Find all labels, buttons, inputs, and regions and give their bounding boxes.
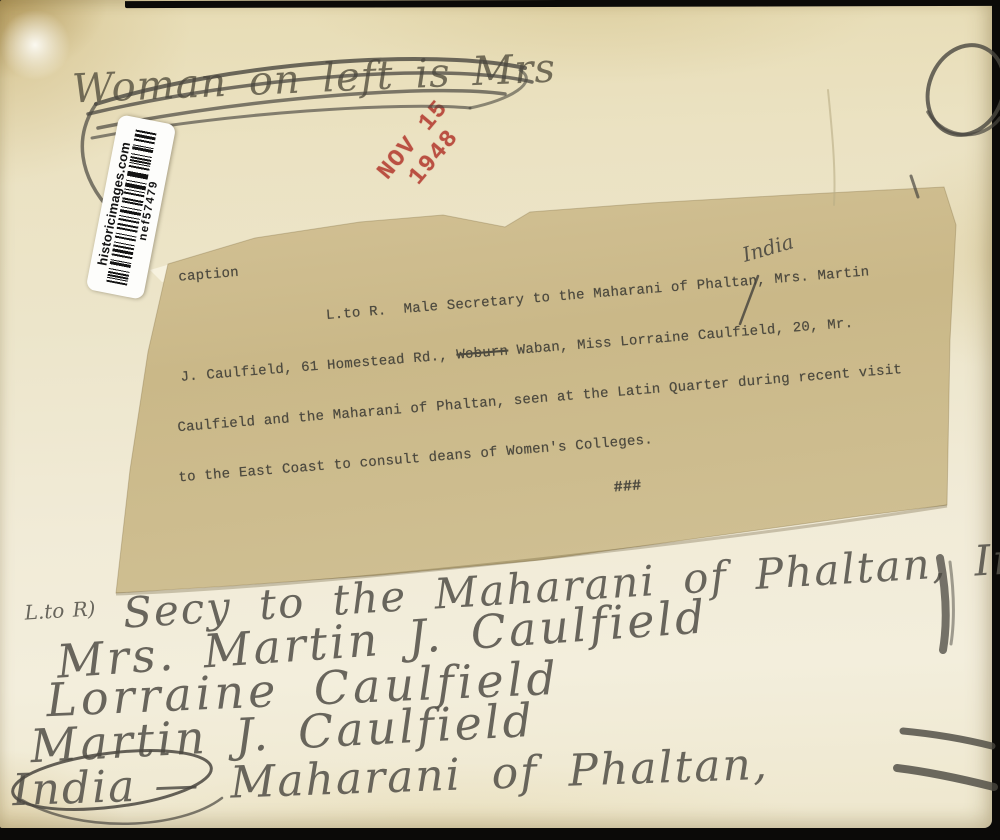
caption-line-1: L.to R. Male Secretary to the Maharani o… — [325, 264, 870, 324]
pencil-note-prefix: L.to R) — [24, 596, 96, 624]
caption-line-2-post: Waban, Miss Lorraine Caulfield, 20, Mr. — [508, 316, 854, 360]
circled-word-india: India — [11, 761, 137, 816]
caption-line-2-pre: J. Caulfield, 61 Homestead Rd., — [180, 348, 457, 386]
caption-line-1-post: Mrs. Martin — [765, 264, 870, 288]
caption-line-1-pre: L.to R. Male Secretary to the Maharani o… — [325, 273, 766, 324]
caption-line-4: to the East Coast to consult deans of Wo… — [178, 432, 654, 486]
struck-word: Woburn — [456, 344, 509, 364]
photo-back: historicimages.com nef57479 NOV 15 1948 … — [0, 0, 1000, 840]
caption-label: caption — [178, 265, 240, 286]
caption-end-marks: ### — [613, 477, 642, 496]
